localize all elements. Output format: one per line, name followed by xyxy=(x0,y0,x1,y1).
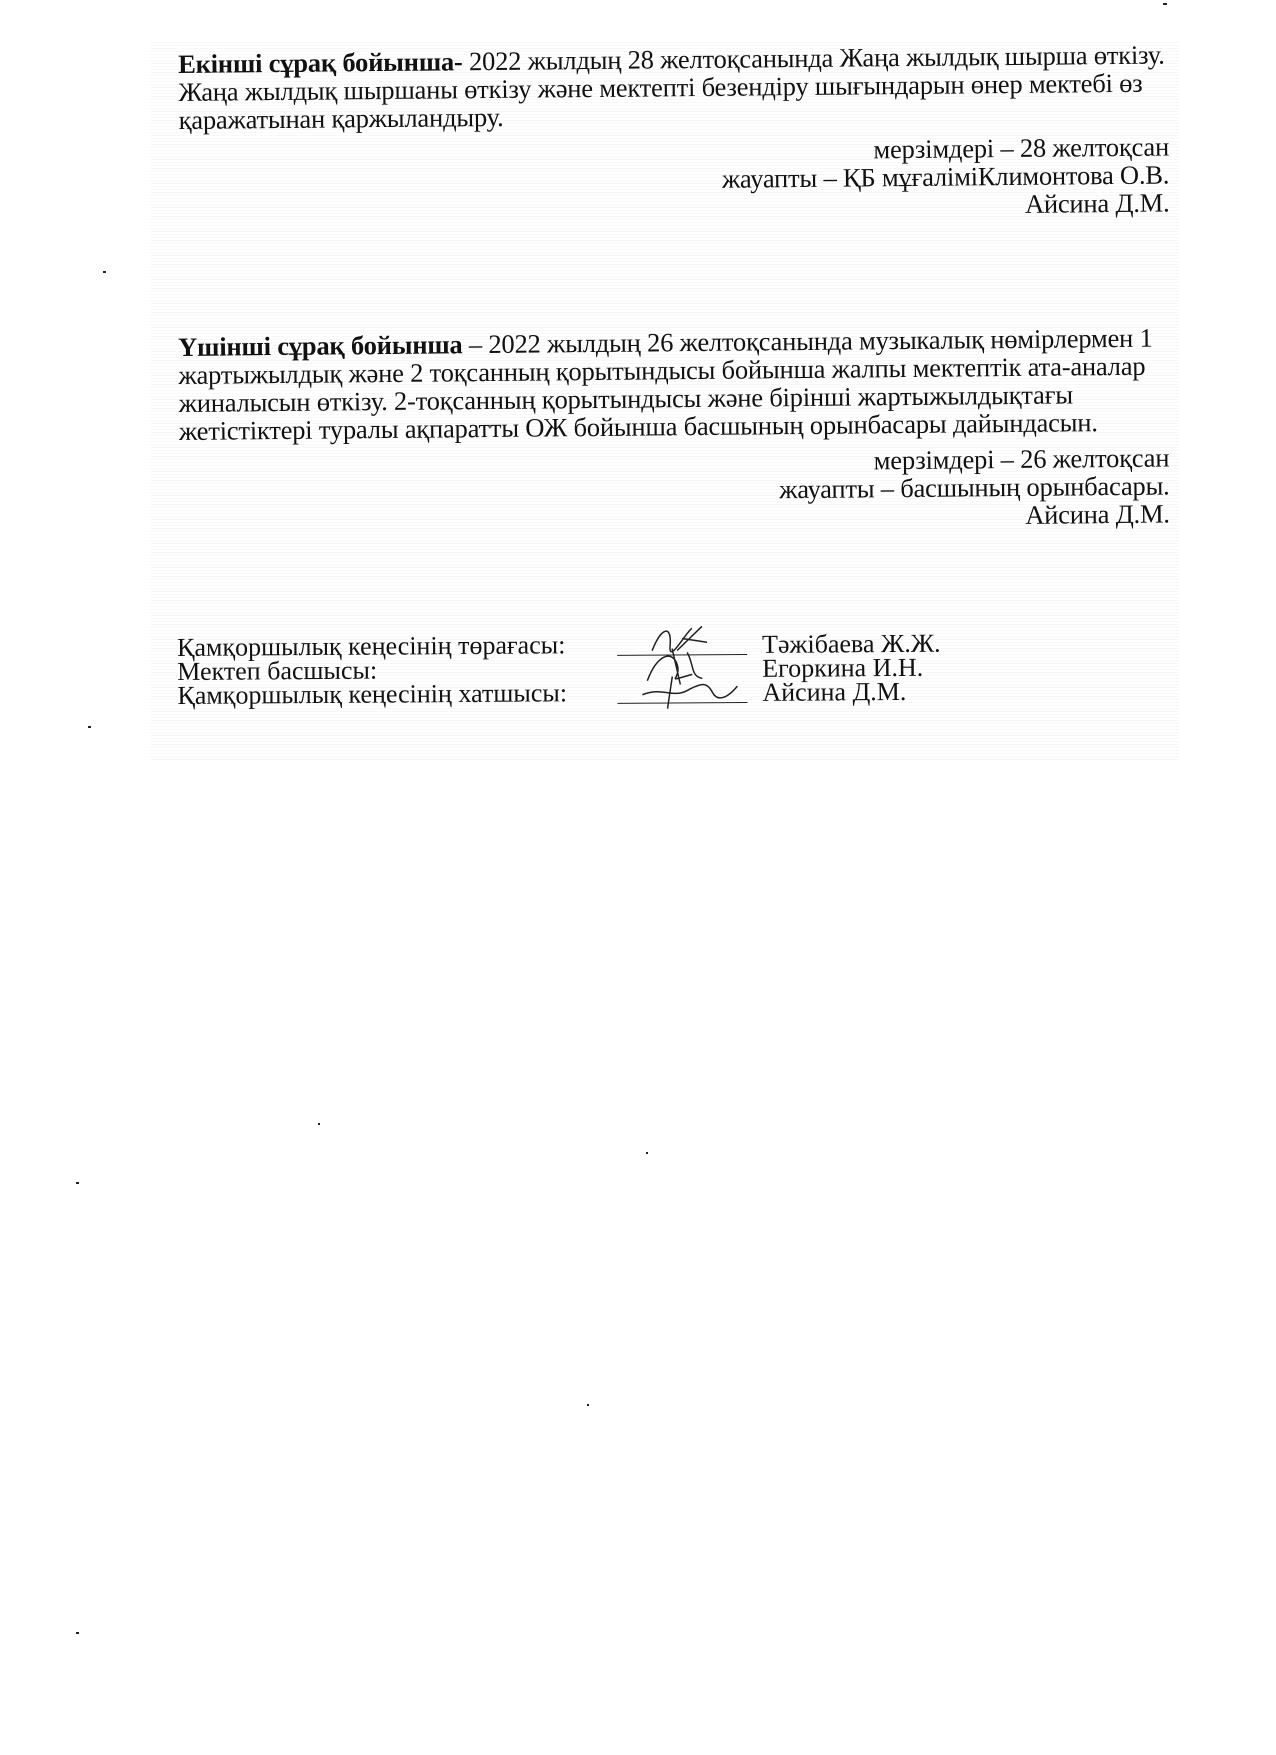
scan-speck xyxy=(76,1182,79,1184)
signature-row: Қамқоршылық кеңесінің хатшысы: Айсина Д.… xyxy=(177,678,977,708)
scan-speck xyxy=(88,726,91,728)
signature-role: Қамқоршылық кеңесінің хатшысы: xyxy=(177,681,567,708)
scan-speck xyxy=(587,1404,589,1406)
scan-speck xyxy=(646,1152,648,1154)
scan-speck xyxy=(76,1632,79,1634)
section-3-paragraph: Үшінші сұрақ бойынша – 2022 жылдың 26 же… xyxy=(178,323,1169,444)
scan-speck xyxy=(318,1123,320,1125)
scan-speck xyxy=(103,271,106,273)
signature-scribble-icon xyxy=(632,668,742,711)
document-page: Екінші сұрақ бойынша- 2022 жылдың 28 жел… xyxy=(0,0,1276,1755)
signature-block: Қамқоршылық кеңесінің төрағасы: Тәжібаев… xyxy=(177,630,977,708)
section-2-paragraph: Екінші сұрақ бойынша- 2022 жылдың 28 жел… xyxy=(178,40,1169,133)
section-3: Үшінші сұрақ бойынша – 2022 жылдың 26 же… xyxy=(178,323,1170,536)
scan-speck xyxy=(1163,3,1167,5)
signature-name: Айсина Д.М. xyxy=(762,680,906,705)
section-2: Екінші сұрақ бойынша- 2022 жылдың 28 жел… xyxy=(178,40,1170,225)
